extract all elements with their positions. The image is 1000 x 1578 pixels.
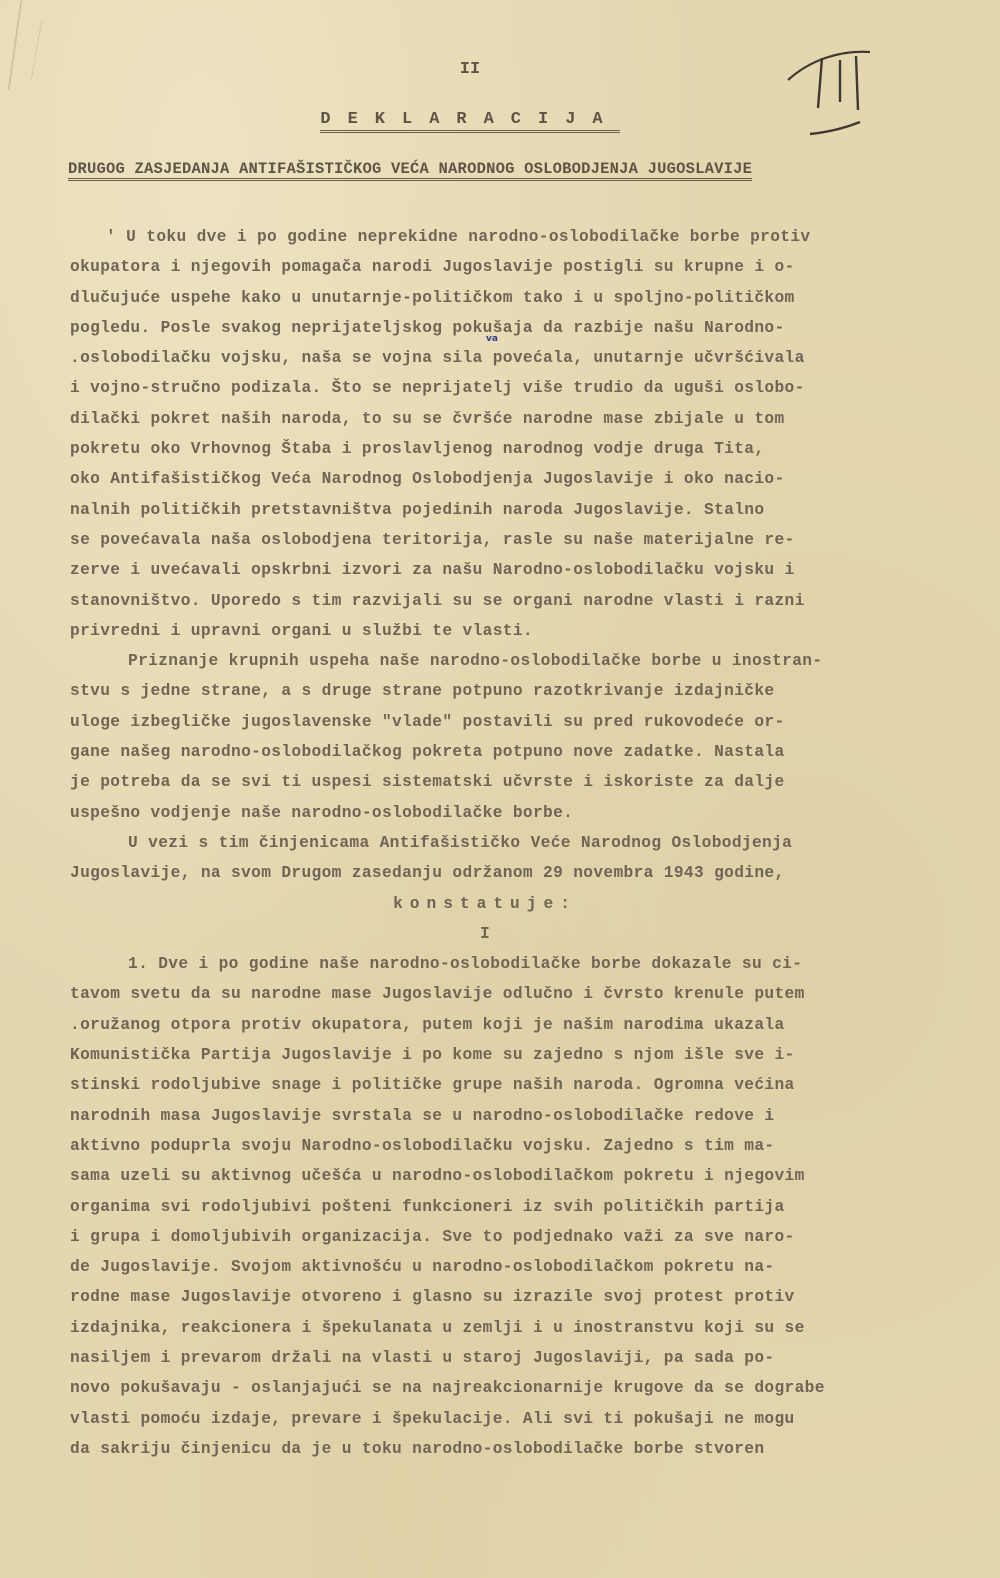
- text-line: da sakriju činjenicu da je u toku narodn…: [70, 1434, 990, 1464]
- text-line: narodnih masa Jugoslavije svrstala se u …: [70, 1101, 990, 1131]
- text-line: 1. Dve i po godine naše narodno-oslobodi…: [70, 949, 990, 979]
- text-line: i vojno-stručno podizala. Što se neprija…: [70, 373, 990, 403]
- text-line: izdajnika, reakcionera i špekulanata u z…: [70, 1313, 990, 1343]
- text-line: de Jugoslavije. Svojom aktivnošću u naro…: [70, 1252, 990, 1282]
- document-title: DEKLARACIJA: [0, 110, 940, 129]
- text-line: nasiljem i prevarom držali na vlasti u s…: [70, 1343, 990, 1373]
- text-line: Komunistička Partija Jugoslavije i po ko…: [70, 1040, 990, 1070]
- text-line: pogledu. Posle svakog neprijateljskog po…: [70, 313, 990, 343]
- document-subtitle: DRUGOG ZASJEDANJA ANTIFAŠISTIČKOG VEĆA N…: [68, 160, 978, 178]
- text-line: stinski rodoljubive snage i političke gr…: [70, 1070, 990, 1100]
- text-line: stvu s jedne strane, a s druge strane po…: [70, 676, 990, 706]
- text-line: uspešno vodjenje naše narodno-oslobodila…: [70, 798, 990, 828]
- point-1: 1. Dve i po godine naše narodno-oslobodi…: [70, 949, 990, 1464]
- text-line: stanovništvo. Uporedo s tim razvijali su…: [70, 586, 990, 616]
- text-line: novo pokušavaju - oslanjajući se na najr…: [70, 1373, 990, 1403]
- text-line: tavom svetu da su narodne mase Jugoslavi…: [70, 979, 990, 1009]
- text-line: je potreba da se svi ti uspesi sistemats…: [70, 767, 990, 797]
- text-line: .oružanog otpora protiv okupatora, putem…: [70, 1010, 990, 1040]
- text-line: se povećavala naša oslobodjena teritorij…: [70, 525, 990, 555]
- text-line: Jugoslavije, na svom Drugom zasedanju od…: [70, 858, 990, 888]
- paragraph-2: Priznanje krupnih uspeha naše narodno-os…: [70, 646, 990, 828]
- paragraph-1: ' U toku dve i po godine neprekidne naro…: [70, 222, 990, 646]
- text-line: sama uzeli su aktivnog učešća u narodno-…: [70, 1161, 990, 1191]
- text-line: uloge izbegličke jugoslavenske "vlade" p…: [70, 707, 990, 737]
- text-line: rodne mase Jugoslavije otvoreno i glasno…: [70, 1282, 990, 1312]
- subtitle-text: DRUGOG ZASJEDANJA ANTIFAŠISTIČKOG VEĆA N…: [68, 160, 752, 181]
- text-line: dlučujuće uspehe kako u unutarnje-politi…: [70, 283, 990, 313]
- text-line: zerve i uvećavali opskrbni izvori za naš…: [70, 555, 990, 585]
- title-text: DEKLARACIJA: [320, 110, 619, 133]
- text-line: okupatora i njegovih pomagača narodi Jug…: [70, 252, 990, 282]
- text-line: organima svi rodoljubivi pošteni funkcio…: [70, 1192, 990, 1222]
- text-line: gane našeg narodno-oslobodilačkog pokret…: [70, 737, 990, 767]
- document-body: ' U toku dve i po godine neprekidne naro…: [70, 222, 990, 1464]
- text-line: Priznanje krupnih uspeha naše narodno-os…: [70, 646, 990, 676]
- text-line: i grupa i domoljubivih organizacija. Sve…: [70, 1222, 990, 1252]
- text-line: nalnih političkih pretstavništva pojedin…: [70, 495, 990, 525]
- text-line: pokretu oko Vrhovnog Štaba i proslavljen…: [70, 434, 990, 464]
- text-line: oko Antifašističkog Veća Narodnog Oslobo…: [70, 464, 990, 494]
- paragraph-3: U vezi s tim činjenicama Antifašističko …: [70, 828, 990, 889]
- text-line: dilački pokret naših naroda, to su se čv…: [70, 404, 990, 434]
- konstatuje-heading: konstatuje:: [70, 889, 990, 919]
- text-line: privredni i upravni organi u službi te v…: [70, 616, 990, 646]
- document-page: II DEKLARACIJA DRUGOG ZASJEDANJA ANTIFAŠ…: [0, 0, 1000, 1578]
- section-number: I: [70, 919, 990, 949]
- text-line: vlasti pomoću izdaje, prevare i špekulac…: [70, 1404, 990, 1434]
- text-line: .oslobodilačku vojsku, naša se vojna sil…: [70, 343, 990, 373]
- text-line: aktivno poduprla svoju Narodno-oslobodil…: [70, 1131, 990, 1161]
- text-line: ' U toku dve i po godine neprekidne naro…: [70, 222, 990, 252]
- text-line: U vezi s tim činjenicama Antifašističko …: [70, 828, 990, 858]
